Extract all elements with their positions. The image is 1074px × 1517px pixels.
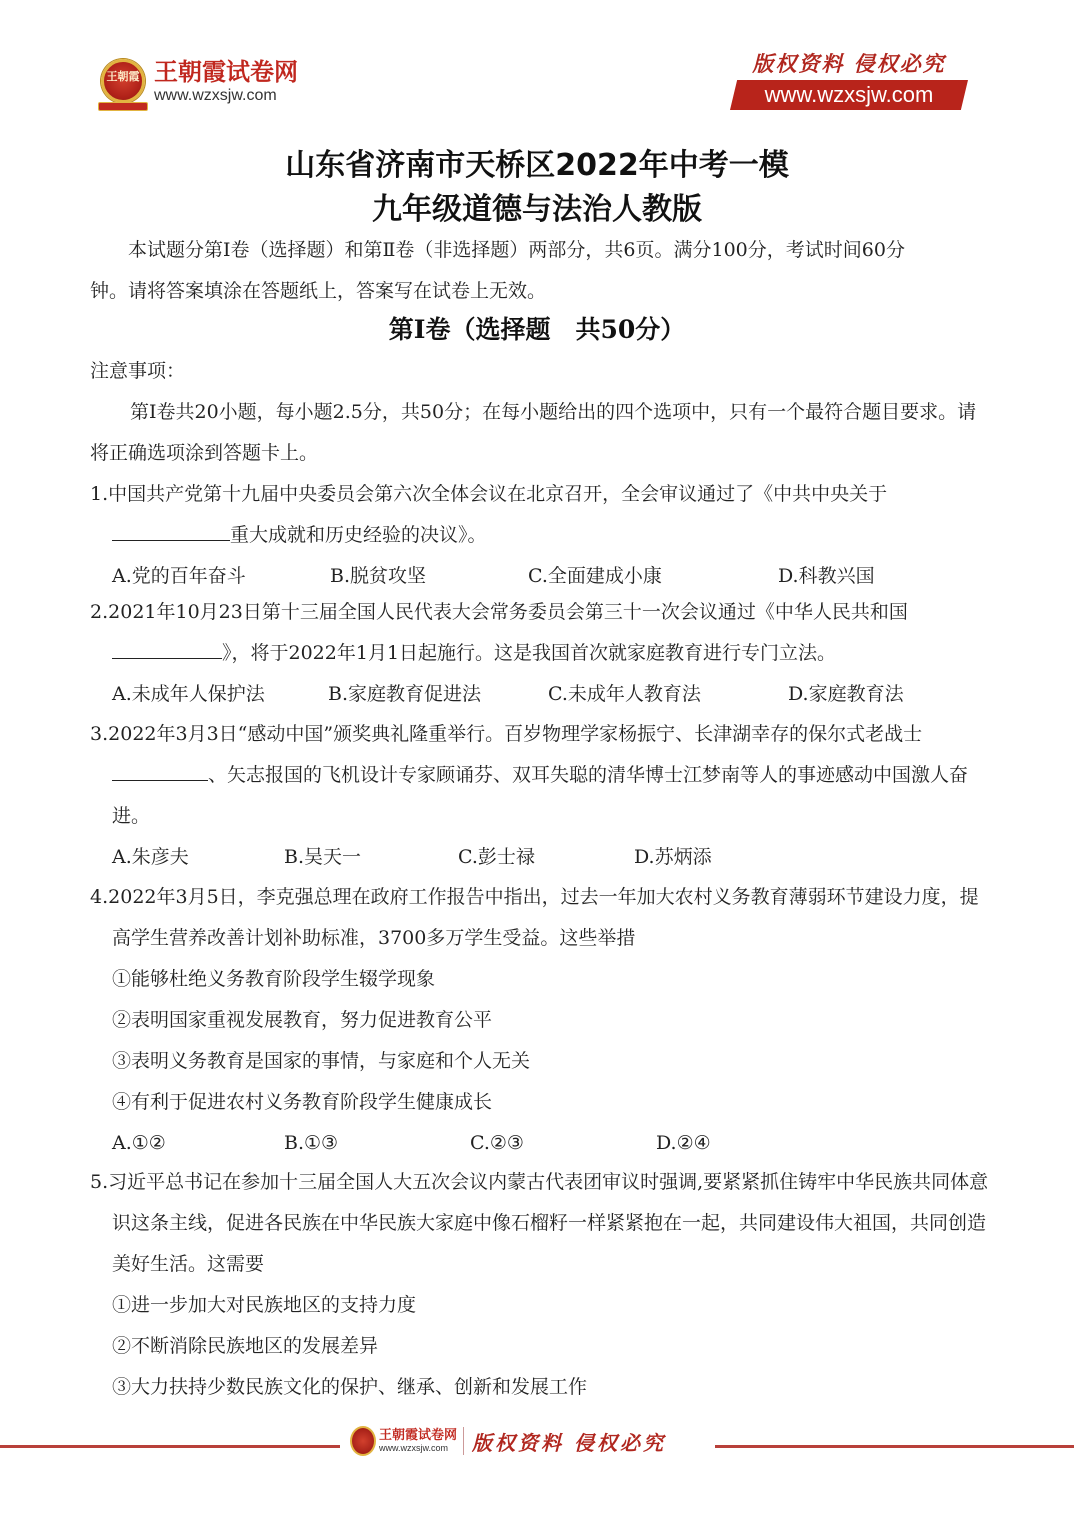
- exam-instructions: 本试题分第Ⅰ卷（选择题）和第Ⅱ卷（非选择题）两部分，共6页。满分100分，考试时…: [90, 230, 930, 312]
- copyright-badge: 版权资料 侵权必究 www.wzxsjw.com: [730, 50, 968, 110]
- options-row: A.党的百年奋斗 B.脱贫攻坚 C.全面建成小康 D.科教兴国: [90, 556, 990, 597]
- option-b[interactable]: B.脱贫攻坚: [330, 556, 528, 597]
- footer-logo-url: www.wzxsjw.com: [379, 1443, 457, 1454]
- option-a[interactable]: A.党的百年奋斗: [112, 556, 330, 597]
- statement-1: ①能够杜绝义务教育阶段学生辍学现象: [90, 959, 990, 1000]
- footer-separator: [463, 1427, 464, 1455]
- exam-subtitle: 九年级道德与法治人教版: [0, 184, 1074, 228]
- site-logo[interactable]: 王朝霞 王朝霞试卷网 www.wzxsjw.com: [98, 52, 298, 112]
- option-b[interactable]: B.吴天一: [284, 837, 458, 878]
- url-banner[interactable]: www.wzxsjw.com: [730, 80, 968, 110]
- footer-divider-left: [0, 1445, 340, 1448]
- notes-label: 注意事项：: [90, 351, 185, 392]
- page-footer: 王朝霞试卷网 www.wzxsjw.com 版权资料 侵权必究: [0, 1420, 1074, 1460]
- question-2: 2.2021年10月23日第十三届全国人民代表大会常务委员会第三十一次会议通过《…: [90, 592, 990, 715]
- footer-logo-name: 王朝霞试卷网: [379, 1428, 457, 1443]
- option-c[interactable]: C.未成年人教育法: [548, 674, 788, 715]
- question-1: 1.中国共产党第十九届中央委员会第六次全体会议在北京召开，全会审议通过了《中共中…: [90, 474, 990, 597]
- option-d[interactable]: D.家庭教育法: [788, 674, 904, 715]
- option-b[interactable]: B.①③: [284, 1123, 470, 1164]
- question-5: 5.习近平总书记在参加十三届全国人大五次会议内蒙古代表团审议时强调,要紧紧抓住铸…: [90, 1162, 990, 1408]
- question-stem: 3.2022年3月3日“感动中国”颁奖典礼隆重举行。百岁物理学家杨振宁、长津湖幸…: [90, 714, 990, 837]
- option-b[interactable]: B.家庭教育促进法: [328, 674, 548, 715]
- footer-logo[interactable]: 王朝霞试卷网 www.wzxsjw.com 版权资料 侵权必究: [350, 1426, 666, 1456]
- question-stem: 4.2022年3月5日，李克强总理在政府工作报告中指出，过去一年加大农村义务教育…: [90, 877, 990, 959]
- notes-body: 第Ⅰ卷共20小题，每小题2.5分，共50分；在每小题给出的四个选项中，只有一个最…: [90, 392, 990, 474]
- seal-emblem-icon: 王朝霞: [98, 53, 148, 111]
- seal-emblem-icon: [350, 1426, 376, 1456]
- copyright-slogan: 版权资料 侵权必究: [730, 50, 968, 78]
- exam-title: 山东省济南市天桥区2022年中考一模: [0, 140, 1074, 184]
- question-stem: 5.习近平总书记在参加十三届全国人大五次会议内蒙古代表团审议时强调,要紧紧抓住铸…: [90, 1162, 990, 1285]
- option-a[interactable]: A.①②: [112, 1123, 284, 1164]
- option-a[interactable]: A.朱彦夫: [112, 837, 284, 878]
- option-d[interactable]: D.科教兴国: [778, 556, 875, 597]
- options-row: A.未成年人保护法 B.家庭教育促进法 C.未成年人教育法 D.家庭教育法: [90, 674, 990, 715]
- question-stem: 1.中国共产党第十九届中央委员会第六次全体会议在北京召开，全会审议通过了《中共中…: [90, 474, 990, 556]
- statement-1: ①进一步加大对民族地区的支持力度: [90, 1285, 990, 1326]
- footer-divider-right: [715, 1445, 1074, 1448]
- options-row: A.①② B.①③ C.②③ D.②④: [90, 1123, 990, 1164]
- answer-blank: [112, 517, 230, 541]
- logo-url: www.wzxsjw.com: [154, 86, 298, 106]
- question-stem: 2.2021年10月23日第十三届全国人民代表大会常务委员会第三十一次会议通过《…: [90, 592, 990, 674]
- statement-2: ②不断消除民族地区的发展差异: [90, 1326, 990, 1367]
- option-d[interactable]: D.②④: [656, 1123, 711, 1164]
- option-c[interactable]: C.②③: [470, 1123, 656, 1164]
- section-title: 第Ⅰ卷（选择题 共50分）: [0, 310, 1074, 346]
- question-3: 3.2022年3月3日“感动中国”颁奖典礼隆重举行。百岁物理学家杨振宁、长津湖幸…: [90, 714, 990, 878]
- option-c[interactable]: C.彭士禄: [458, 837, 634, 878]
- statement-4: ④有利于促进农村义务教育阶段学生健康成长: [90, 1082, 990, 1123]
- answer-blank: [112, 757, 208, 781]
- option-d[interactable]: D.苏炳添: [634, 837, 712, 878]
- options-row: A.朱彦夫 B.吴天一 C.彭士禄 D.苏炳添: [90, 837, 990, 878]
- statement-3: ③大力扶持少数民族文化的保护、继承、创新和发展工作: [90, 1367, 990, 1408]
- question-4: 4.2022年3月5日，李克强总理在政府工作报告中指出，过去一年加大农村义务教育…: [90, 877, 990, 1164]
- option-a[interactable]: A.未成年人保护法: [112, 674, 328, 715]
- option-c[interactable]: C.全面建成小康: [528, 556, 778, 597]
- footer-slogan: 版权资料 侵权必究: [472, 1427, 666, 1456]
- logo-name: 王朝霞试卷网: [154, 58, 298, 86]
- statement-2: ②表明国家重视发展教育，努力促进教育公平: [90, 1000, 990, 1041]
- answer-blank: [112, 635, 222, 659]
- statement-3: ③表明义务教育是国家的事情，与家庭和个人无关: [90, 1041, 990, 1082]
